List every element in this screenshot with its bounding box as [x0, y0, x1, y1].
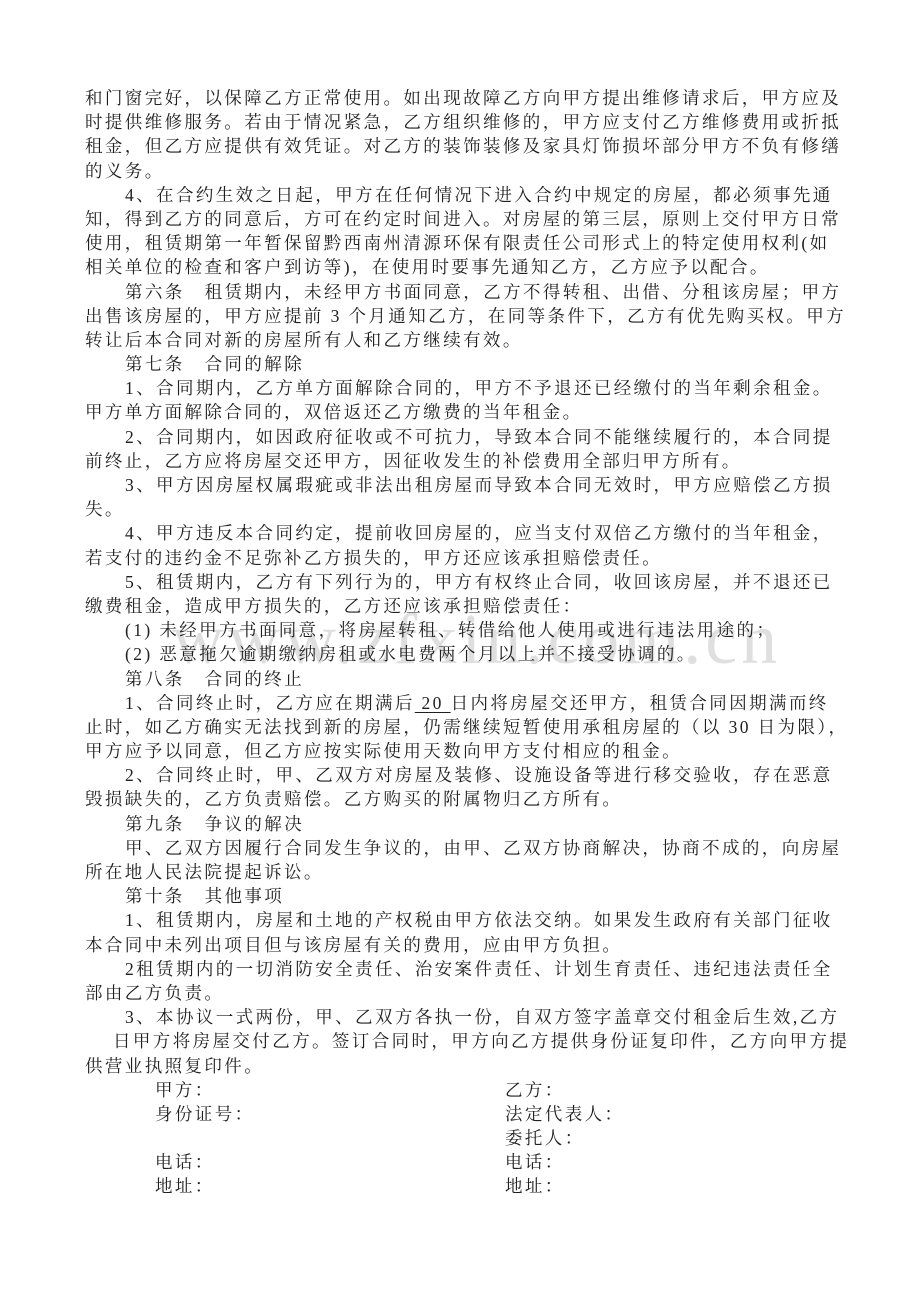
contract-text: 日甲方将房屋交付乙方。签订合同时，甲方向乙方提供身份证复印件，乙方向甲方提	[113, 1031, 849, 1051]
underlined-value: 20	[415, 693, 451, 713]
contract-text: 4、甲方违反本合同约定，提前收回房屋的，应当支付双倍乙方缴付的当年租金，	[125, 523, 833, 543]
signature-block: 甲方：乙方：身份证号：法定代表人：委托人：电话：电话：地址：地址：	[85, 1078, 857, 1199]
signature-field-label-right: 地址：	[505, 1174, 565, 1198]
contract-line: 所在地人民法院提起诉讼。	[85, 860, 857, 884]
contract-text: 2、合同终止时，甲、乙双方对房屋及装修、设施设备等进行移交验收，存在恶意	[125, 765, 833, 785]
contract-line: 4、甲方违反本合同约定，提前收回房屋的，应当支付双倍乙方缴付的当年租金，	[85, 521, 857, 545]
contract-line: 第九条 争议的解决	[85, 812, 857, 836]
contract-line: 第六条 租赁期内，未经甲方书面同意，乙方不得转租、出借、分租该房屋；甲方	[85, 280, 857, 304]
contract-line: 4、在合约生效之日起，甲方在任何情况下进入合约中规定的房屋，都必须事先通	[85, 183, 857, 207]
contract-text: 时提供维修服务。若由于情况紧急，乙方组织维修的，甲方应支付乙方维修费用或折抵	[85, 112, 841, 132]
contract-text: 3、甲方因房屋权属瑕疵或非法出租房屋而导致本合同无效时，甲方应赔偿乙方损	[125, 475, 833, 495]
contract-line: 知，得到乙方的同意后，方可在约定时间进入。对房屋的第三层，原则上交付甲方日常	[85, 207, 857, 231]
signature-field-label-right: 乙方：	[505, 1078, 565, 1102]
contract-line: 转让后本合同对新的房屋所有人和乙方继续有效。	[85, 328, 857, 352]
contract-text: 本合同中未列出项目但与该房屋有关的费用，应由甲方负担。	[85, 935, 622, 955]
contract-text: 供营业执照复印件。	[85, 1056, 264, 1076]
contract-text: 毁损缺失的，乙方负责赔偿。乙方购买的附属物归乙方所有。	[85, 789, 622, 809]
contract-line: 和门窗完好，以保障乙方正常使用。如出现故障乙方向甲方提出维修请求后，甲方应及	[85, 86, 857, 110]
contract-line: (2) 恶意拖欠逾期缴纳房租或水电费两个月以上并不接受协调的。	[85, 642, 857, 666]
contract-text: 日内将房屋交还甲方，租赁合同因期满而终	[451, 693, 829, 713]
contract-line: 1、合同终止时，乙方应在期满后 20 日内将房屋交还甲方，租赁合同因期满而终	[85, 691, 857, 715]
contract-line: 失。	[85, 497, 857, 521]
contract-text: 2、合同期内，如因政府征收或不可抗力，导致本合同不能继续履行的，本合同提	[125, 427, 833, 447]
contract-text: 所在地人民法院提起诉讼。	[85, 862, 324, 882]
contract-text: 的义务。	[85, 161, 165, 181]
contract-text: 使用，租赁期第一年暂保留黔西南州清源环保有限责任公司形式上的特定使用权利(如	[85, 233, 830, 253]
contract-line: (1) 未经甲方书面同意，将房屋转租、转借给他人使用或进行违法用途的；	[85, 618, 857, 642]
signature-field-label-right: 委托人：	[505, 1126, 585, 1150]
contract-text: 若支付的违约金不足弥补乙方损失的，甲方还应该承担赔偿责任。	[85, 548, 662, 568]
contract-text: 5、租赁期内，乙方有下列行为的，甲方有权终止合同，收回该房屋，并不退还已	[125, 572, 833, 592]
contract-text: 甲方应予以同意，但乙方应按实际使用天数向甲方支付相应的租金。	[85, 741, 682, 761]
contract-text: 第十条 其他事项	[125, 886, 284, 906]
contract-line: 第七条 合同的解除	[85, 352, 857, 376]
contract-line: 甲方单方面解除合同的，双倍返还乙方缴费的当年租金。	[85, 400, 857, 424]
signature-field-label-left: 电话：	[155, 1150, 215, 1174]
contract-line: 3、本协议一式两份，甲、乙双方各执一份，自双方签字盖章交付租金后生效,乙方	[85, 1005, 857, 1029]
signature-field-label-right: 电话：	[505, 1150, 565, 1174]
contract-line: 使用，租赁期第一年暂保留黔西南州清源环保有限责任公司形式上的特定使用权利(如	[85, 231, 857, 255]
contract-line: 毁损缺失的，乙方负责赔偿。乙方购买的附属物归乙方所有。	[85, 787, 857, 811]
contract-line: 1、租赁期内，房屋和土地的产权税由甲方依法交纳。如果发生政府有关部门征收	[85, 908, 857, 932]
contract-line: 第十条 其他事项	[85, 884, 857, 908]
signature-field-label-right: 法定代表人：	[505, 1102, 624, 1126]
contract-text: 前终止，乙方应将房屋交还甲方，因征收发生的补偿费用全部归甲方所有。	[85, 451, 742, 471]
contract-line: 2、合同期内，如因政府征收或不可抗力，导致本合同不能继续履行的，本合同提	[85, 425, 857, 449]
contract-line: 本合同中未列出项目但与该房屋有关的费用，应由甲方负担。	[85, 933, 857, 957]
contract-text: 4、在合约生效之日起，甲方在任何情况下进入合约中规定的房屋，都必须事先通	[125, 185, 833, 205]
contract-text: 3、本协议一式两份，甲、乙双方各执一份，自双方签字盖章交付租金后生效,乙方	[125, 1007, 839, 1027]
contract-text: 甲、乙双方因履行合同发生争议的，由甲、乙双方协商解决，协商不成的，向房屋	[125, 838, 841, 858]
contract-line: 1、合同期内，乙方单方面解除合同的，甲方不予退还已经缴付的当年剩余租金。	[85, 376, 857, 400]
contract-line: 若支付的违约金不足弥补乙方损失的，甲方还应该承担赔偿责任。	[85, 546, 857, 570]
contract-line: 止时，如乙方确实无法找到新的房屋，仍需继续短暂使用承租房屋的（以 30 日为限）…	[85, 715, 857, 739]
contract-text: 缴费租金，造成甲方损失的，乙方还应该承担赔偿责任：	[85, 596, 583, 616]
signature-row: 电话：电话：	[85, 1150, 857, 1174]
signature-row: 甲方：乙方：	[85, 1078, 857, 1102]
contract-body: 和门窗完好，以保障乙方正常使用。如出现故障乙方向甲方提出维修请求后，甲方应及时提…	[85, 86, 857, 1199]
contract-line: 第八条 合同的终止	[85, 667, 857, 691]
signature-field-label-left: 地址：	[155, 1174, 215, 1198]
contract-text: 知，得到乙方的同意后，方可在约定时间进入。对房屋的第三层，原则上交付甲方日常	[85, 209, 841, 229]
contract-text: 2租赁期内的一切消防安全责任、治安案件责任、计划生育责任、违纪违法责任全	[125, 959, 833, 979]
signature-row: 身份证号：法定代表人：	[85, 1102, 857, 1126]
contract-line: 日甲方将房屋交付乙方。签订合同时，甲方向乙方提供身份证复印件，乙方向甲方提	[85, 1029, 857, 1053]
contract-text: 相关单位的检查和客户到访等)，在使用时要事先通知乙方，乙方应予以配合。	[85, 257, 770, 277]
contract-text: 转让后本合同对新的房屋所有人和乙方继续有效。	[85, 330, 523, 350]
contract-line: 的义务。	[85, 159, 857, 183]
contract-text: 第六条 租赁期内，未经甲方书面同意，乙方不得转租、出借、分租该房屋；甲方	[125, 282, 841, 302]
signature-field-label-left: 身份证号：	[155, 1102, 255, 1126]
signature-row: 地址：地址：	[85, 1174, 857, 1198]
contract-text: 部由乙方负责。	[85, 983, 224, 1003]
contract-text: 第九条 争议的解决	[125, 814, 304, 834]
contract-text: 失。	[85, 499, 125, 519]
contract-line: 前终止，乙方应将房屋交还甲方，因征收发生的补偿费用全部归甲方所有。	[85, 449, 857, 473]
contract-line: 部由乙方负责。	[85, 981, 857, 1005]
contract-text: (2) 恶意拖欠逾期缴纳房租或水电费两个月以上并不接受协调的。	[125, 644, 697, 664]
signature-row: 委托人：	[85, 1126, 857, 1150]
contract-text: 1、合同终止时，乙方应在期满后	[125, 693, 415, 713]
contract-text: 出售该房屋的，甲方应提前 3 个月通知乙方，在同等条件下，乙方有优先购买权。甲方	[85, 306, 846, 326]
contract-text: 第七条 合同的解除	[125, 354, 304, 374]
contract-text: 租金，但乙方应提供有效凭证。对乙方的装饰装修及家具灯饰损坏部分甲方不负有修缮	[85, 136, 841, 156]
contract-line: 供营业执照复印件。	[85, 1054, 857, 1078]
contract-line: 时提供维修服务。若由于情况紧急，乙方组织维修的，甲方应支付乙方维修费用或折抵	[85, 110, 857, 134]
contract-line: 5、租赁期内，乙方有下列行为的，甲方有权终止合同，收回该房屋，并不退还已	[85, 570, 857, 594]
contract-text: 1、租赁期内，房屋和土地的产权税由甲方依法交纳。如果发生政府有关部门征收	[125, 910, 833, 930]
contract-line: 甲方应予以同意，但乙方应按实际使用天数向甲方支付相应的租金。	[85, 739, 857, 763]
contract-line: 2、合同终止时，甲、乙双方对房屋及装修、设施设备等进行移交验收，存在恶意	[85, 763, 857, 787]
contract-line: 3、甲方因房屋权属瑕疵或非法出租房屋而导致本合同无效时，甲方应赔偿乙方损	[85, 473, 857, 497]
signature-field-label-left: 甲方：	[155, 1078, 215, 1102]
contract-line: 缴费租金，造成甲方损失的，乙方还应该承担赔偿责任：	[85, 594, 857, 618]
contract-text: 甲方单方面解除合同的，双倍返还乙方缴费的当年租金。	[85, 402, 583, 422]
contract-text: 和门窗完好，以保障乙方正常使用。如出现故障乙方向甲方提出维修请求后，甲方应及	[85, 88, 841, 108]
contract-line: 出售该房屋的，甲方应提前 3 个月通知乙方，在同等条件下，乙方有优先购买权。甲方	[85, 304, 857, 328]
contract-text: (1) 未经甲方书面同意，将房屋转租、转借给他人使用或进行违法用途的；	[125, 620, 776, 640]
contract-page: www.zfxin.com.cn 和门窗完好，以保障乙方正常使用。如出现故障乙方…	[0, 0, 920, 1302]
contract-text: 第八条 合同的终止	[125, 669, 304, 689]
contract-line: 租金，但乙方应提供有效凭证。对乙方的装饰装修及家具灯饰损坏部分甲方不负有修缮	[85, 134, 857, 158]
contract-line: 相关单位的检查和客户到访等)，在使用时要事先通知乙方，乙方应予以配合。	[85, 255, 857, 279]
contract-text: 止时，如乙方确实无法找到新的房屋，仍需继续短暂使用承租房屋的（以 30 日为限）…	[85, 717, 848, 737]
contract-line: 甲、乙双方因履行合同发生争议的，由甲、乙双方协商解决，协商不成的，向房屋	[85, 836, 857, 860]
contract-text: 1、合同期内，乙方单方面解除合同的，甲方不予退还已经缴付的当年剩余租金。	[125, 378, 833, 398]
contract-lines: 和门窗完好，以保障乙方正常使用。如出现故障乙方向甲方提出维修请求后，甲方应及时提…	[85, 86, 857, 1078]
contract-line: 2租赁期内的一切消防安全责任、治安案件责任、计划生育责任、违纪违法责任全	[85, 957, 857, 981]
